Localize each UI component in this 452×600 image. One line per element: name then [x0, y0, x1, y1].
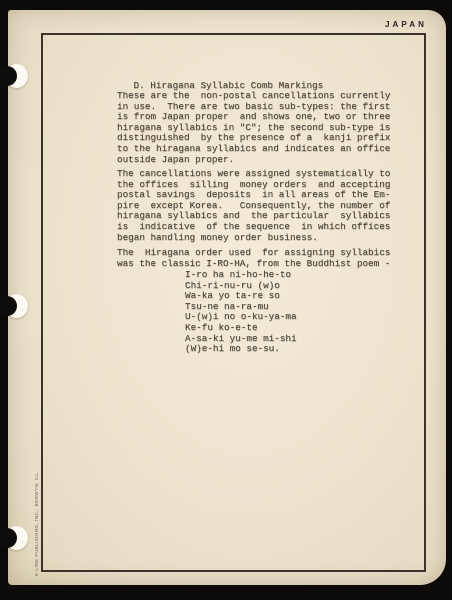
paragraph-iroha-intro: The Hiragana order used for assigning sy…	[117, 248, 390, 269]
section-title: Hiragana Syllabic Comb Markings	[150, 80, 323, 91]
punch-hole-middle	[0, 293, 30, 319]
paragraph-assignment: The cancellations were assigned systemat…	[117, 169, 390, 243]
iroha-poem: I-ro ha ni-ho-he-to Chi-ri-nu-ru (w)o Wa…	[185, 270, 297, 355]
country-label: JAPAN	[385, 20, 427, 29]
punch-hole-bottom	[0, 525, 30, 551]
scan-background: JAPAN D.Hiragana Syllabic Comb Markings …	[0, 0, 452, 600]
publisher-imprint: K-LINE PUBLISHING, INC., BERWYN, ILL.	[34, 471, 39, 576]
album-page: JAPAN D.Hiragana Syllabic Comb Markings …	[8, 10, 446, 585]
punch-hole-top	[0, 63, 30, 89]
section-letter: D.	[133, 80, 144, 91]
paragraph-subtypes: These are the non-postal cancellations c…	[117, 91, 390, 165]
